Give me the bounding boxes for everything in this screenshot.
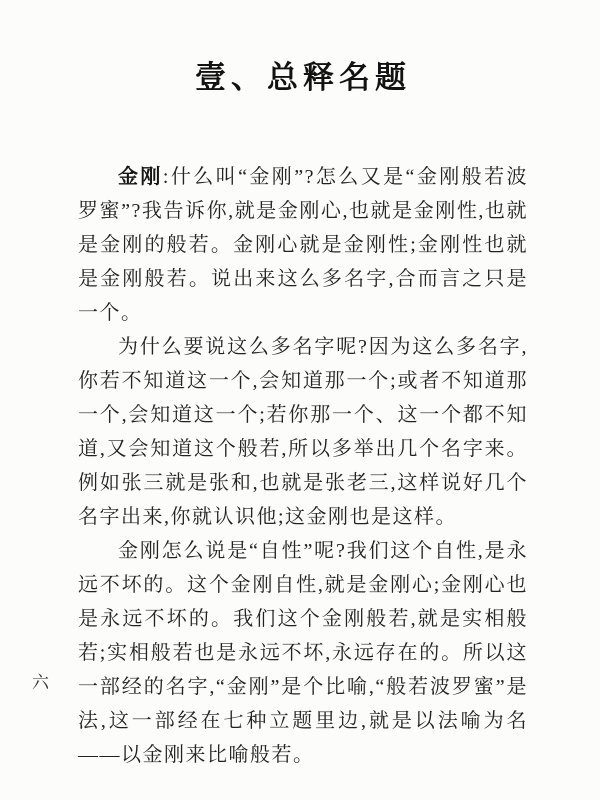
paragraph-1-text: :什么叫“金刚”?怎么又是“金刚般若波罗蜜”?我告诉你,就是金刚心,也就是金刚性… [78,166,528,324]
paragraph-3-text: 金刚怎么说是“自性”呢?我们这个自性,是永远不坏的。这个金刚自性,就是金刚心;金… [78,540,528,766]
paragraph-2-text: 为什么要说这么多名字呢?因为这么多名字,你若不知道这一个,会知道那一个;或者不知… [78,336,528,528]
page-number: 六 [32,668,49,693]
book-page: 壹、总释名题 金刚:什么叫“金刚”?怎么又是“金刚般若波罗蜜”?我告诉你,就是金… [0,0,600,800]
scan-speck [498,719,501,721]
chapter-title: 壹、总释名题 [78,52,528,97]
paragraph-1: 金刚:什么叫“金刚”?怎么又是“金刚般若波罗蜜”?我告诉你,就是金刚心,也就是金… [78,160,528,330]
paragraph-1-lead-term: 金刚 [118,166,163,188]
text-body: 金刚:什么叫“金刚”?怎么又是“金刚般若波罗蜜”?我告诉你,就是金刚心,也就是金… [78,160,528,772]
paragraph-2: 为什么要说这么多名字呢?因为这么多名字,你若不知道这一个,会知道那一个;或者不知… [78,330,528,534]
paragraph-3: 金刚怎么说是“自性”呢?我们这个自性,是永远不坏的。这个金刚自性,就是金刚心;金… [78,534,528,772]
